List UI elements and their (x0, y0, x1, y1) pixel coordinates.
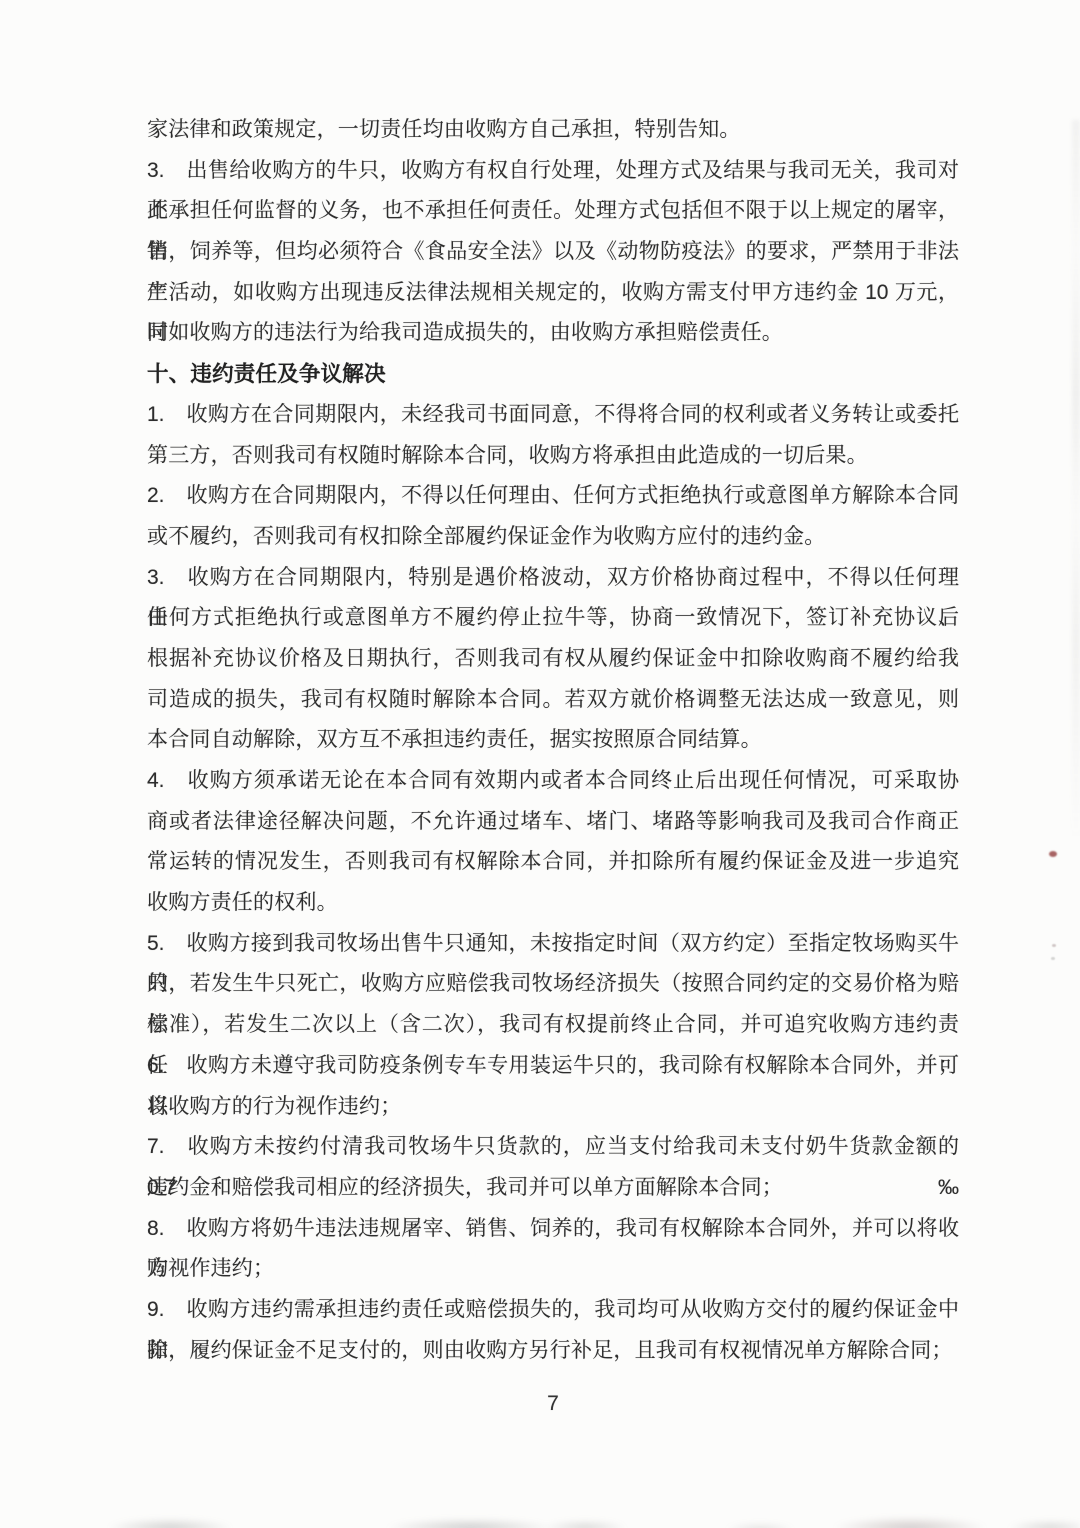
contract-line: 将收购方的行为视作违约； (147, 1087, 959, 1128)
contract-line: 或不履约，否则我司有权扣除全部履约保证金作为收购方应付的违约金。 (147, 517, 959, 558)
contract-line: 产活动，如收购方出现违反法律法规相关规定的，收购方需支付甲方违约金 10 万元，… (147, 273, 959, 314)
contract-line: 3. 出售给收购方的牛只，收购方有权自行处理，处理方式及结果与我司无关，我司对此 (147, 151, 959, 192)
contract-line: 2. 收购方在合同期限内，不得以任何理由、任何方式拒绝执行或意图单方解除本合同 (147, 476, 959, 517)
contract-line: 家法律和政策规定，一切责任均由收购方自己承担，特别告知。 (147, 110, 959, 151)
contract-line: 第三方，否则我司有权随时解除本合同，收购方将承担由此造成的一切后果。 (147, 436, 959, 477)
contract-text-block: 家法律和政策规定，一切责任均由收购方自己承担，特别告知。 3. 出售给收购方的牛… (147, 110, 959, 1371)
contract-line: 9. 收购方违约需承担违约责任或赔偿损失的，我司均可从收购方交付的履约保证金中扣 (147, 1290, 959, 1331)
page-number: 7 (147, 1392, 959, 1416)
scan-artifact-speck (1052, 944, 1056, 947)
contract-line: 3. 收购方在合同期限内，特别是遇价格波动，双方价格协商过程中，不得以任何理由、 (147, 558, 959, 599)
contract-line: 方视作违约； (147, 1249, 959, 1290)
contract-line: 本合同自动解除，双方互不承担违约责任，据实按照原合同结算。 (147, 720, 959, 761)
contract-line: 标准），若发生二次以上（含二次），我司有权提前终止合同，并可追究收购方违约责任； (147, 1005, 959, 1046)
scan-edge-shadow (0, 1508, 1080, 1528)
contract-line: 7. 收购方未按约付清我司牧场牛只货款的，应当支付给我司未支付奶牛货款金额的 0… (147, 1127, 959, 1168)
scan-artifact-red-dot (1049, 851, 1057, 857)
contract-line: 售，饲养等，但均必须符合《食品安全法》以及《动物防疫法》的要求，严禁用于非法生 (147, 232, 959, 273)
contract-line: 任何方式拒绝执行或意图单方不履约停止拉牛等，协商一致情况下，签订补充协议后 (147, 598, 959, 639)
scan-artifact-speck (1051, 957, 1055, 960)
contract-line: 根据补充协议价格及日期执行，否则我司有权从履约保证金中扣除收购商不履约给我 (147, 639, 959, 680)
contract-line: 时如收购方的违法行为给我司造成损失的，由收购方承担赔偿责任。 (147, 313, 959, 354)
contract-line: 5. 收购方接到我司牧场出售牛只通知，未按指定时间（双方约定）至指定牧场购买牛只 (147, 924, 959, 965)
contract-line: 1. 收购方在合同期限内，未经我司书面同意，不得将合同的权利或者义务转让或委托 (147, 395, 959, 436)
contract-line: 常运转的情况发生，否则我司有权解除本合同，并扣除所有履约保证金及进一步追究 (147, 842, 959, 883)
contract-line: 6. 收购方未遵守我司防疫条例专车专用装运牛只的，我司除有权解除本合同外，并可以 (147, 1046, 959, 1087)
contract-line: 商或者法律途径解决问题，不允许通过堵车、堵门、堵路等影响我司及我司合作商正 (147, 802, 959, 843)
document-page: 家法律和政策规定，一切责任均由收购方自己承担，特别告知。 3. 出售给收购方的牛… (0, 0, 1080, 1528)
contract-line: 4. 收购方须承诺无论在本合同有效期内或者本合同终止后出现任何情况，可采取协 (147, 761, 959, 802)
section-heading: 十、违约责任及争议解决 (147, 354, 959, 395)
contract-line: 不承担任何监督的义务，也不承担任何责任。处理方式包括但不限于以上规定的屠宰，销 (147, 191, 959, 232)
contract-line: 除，履约保证金不足支付的，则由收购方另行补足，且我司有权视情况单方解除合同； (147, 1331, 959, 1372)
contract-line: 司造成的损失，我司有权随时解除本合同。若双方就价格调整无法达成一致意见，则 (147, 680, 959, 721)
contract-line: 收购方责任的权利。 (147, 883, 959, 924)
scan-edge-smudge (1072, 120, 1080, 840)
contract-line: 8. 收购方将奶牛违法违规屠宰、销售、饲养的，我司有权解除本合同外，并可以将收购 (147, 1209, 959, 1250)
contract-line: 的，若发生牛只死亡，收购方应赔偿我司牧场经济损失（按照合同约定的交易价格为赔偿 (147, 964, 959, 1005)
